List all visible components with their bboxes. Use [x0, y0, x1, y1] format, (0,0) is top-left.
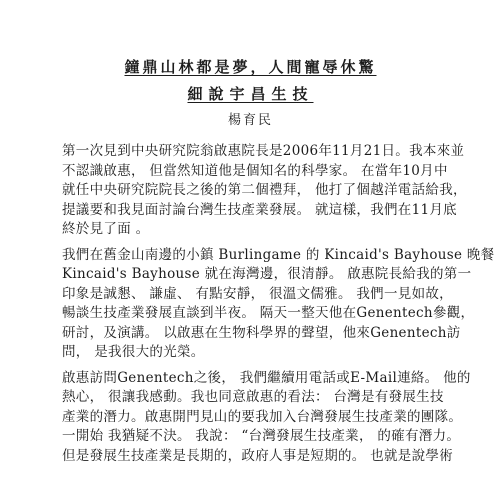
text-line: 啟惠訪問Genentech之後， 我們繼續用電話或E-Mail連絡。 他的	[62, 369, 439, 389]
text-line: 我們在舊金山南邊的小鎮 Burlingame 的 Kincaid's Bayho…	[62, 246, 439, 266]
document-body: 第一次見到中央研究院翁啟惠院長是2006年11月21日。我本來並 不認識啟惠， …	[62, 142, 439, 466]
text-line: 研討，及演講。 以啟惠在生物科學界的聲望，他來Genentech訪	[62, 324, 439, 344]
text-line: 不認識啟惠， 但當然知道他是個知名的科學家。 在當年10月中	[62, 162, 439, 182]
text-line: 提議要和我見面討論台灣生技產業發展。 就這樣，我們在11月底	[62, 201, 439, 221]
text-line: 印象是誠懇、 謙虛、 有點安靜， 很溫文儒雅。 我們一見如故，	[62, 285, 439, 305]
text-line: 一開始 我猶疑不決。 我說： “台灣發展生技產業， 的確有潛力。	[62, 427, 439, 447]
text-line: 問， 是我很大的光榮。	[62, 343, 439, 363]
text-line: 產業的潛力。啟惠開門見山的要我加入台灣發展生技產業的團隊。	[62, 408, 439, 428]
document-subtitle-wrap: 細說宇昌生技	[62, 83, 439, 104]
document-author: 楊育民	[62, 109, 439, 128]
title-block: 鐘鼎山林都是夢，人間寵辱休驚 細說宇昌生技 楊育民	[62, 56, 439, 128]
document-title: 鐘鼎山林都是夢，人間寵辱休驚	[124, 56, 376, 77]
text-line: 但是發展生技產業是長期的，政府人事是短期的。 也就是說學術	[62, 447, 439, 467]
paragraph-2: 我們在舊金山南邊的小鎮 Burlingame 的 Kincaid's Bayho…	[62, 246, 439, 363]
text-line: 終於見了面 。	[62, 220, 439, 240]
document-page: 鐘鼎山林都是夢，人間寵辱休驚 細說宇昌生技 楊育民 第一次見到中央研究院翁啟惠院…	[0, 0, 495, 495]
text-line: Kincaid's Bayhouse 就在海灣邊，很清靜。 啟惠院長給我的第一	[62, 265, 439, 285]
text-line: 就任中央研究院院長之後的第二個禮拜， 他打了個越洋電話給我，	[62, 181, 439, 201]
paragraph-1: 第一次見到中央研究院翁啟惠院長是2006年11月21日。我本來並 不認識啟惠， …	[62, 142, 439, 240]
text-line: 第一次見到中央研究院翁啟惠院長是2006年11月21日。我本來並	[62, 142, 439, 162]
text-line: 暢談生技產業發展直談到半夜。 隔天一整天他在Genentech參觀，	[62, 304, 439, 324]
paragraph-3: 啟惠訪問Genentech之後， 我們繼續用電話或E-Mail連絡。 他的 熱心…	[62, 369, 439, 467]
document-subtitle: 細說宇昌生技	[187, 83, 313, 104]
text-line: 熱心， 很讓我感動。我也同意啟惠的看法： 台灣是有發展生技	[62, 388, 439, 408]
